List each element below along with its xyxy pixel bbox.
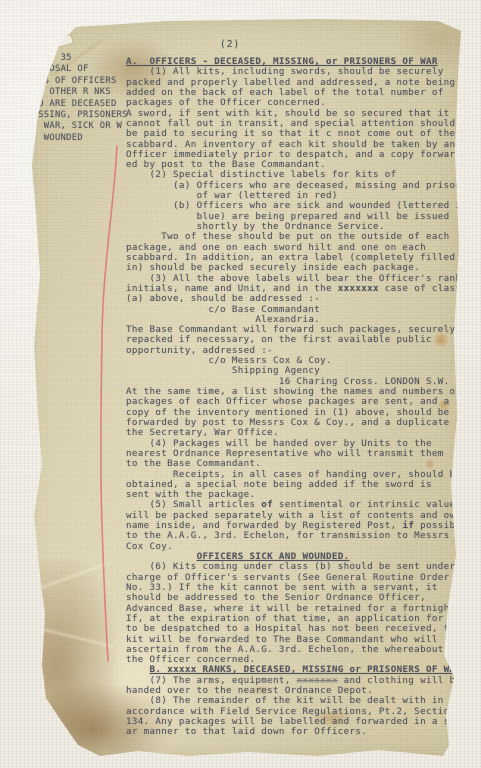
text-segment: OF WAR, SICK OR W [27,121,122,131]
text-line: MISSING, PRISONERS [27,110,128,121]
crease-line [34,561,112,591]
text-segment: to the A.A.G., 3rd. Echelon, for transmi… [126,530,449,541]
paper-sheet: (2) D.O. 35DISPOSAL OFKITS OF OFFICERSAN… [18,15,468,760]
text-segment: xxxxxxx [338,283,379,294]
document-body: A. OFFICERS - DECEASED, MISSING, or PRIS… [126,57,466,738]
text-line: OF WAR, SICK OR W [27,121,128,132]
text-segment: xxxxxxx [297,675,338,686]
text-segment: case of class [379,283,461,294]
text-line: to the A.A.G., 3rd. Echelon, for transmi… [126,531,466,541]
text-line: WOUNDED [27,133,128,144]
text-line: ar manner to that laid down for Officers… [126,727,466,737]
crease-line [43,628,113,647]
text-segment: ar manner to that laid down for Officers… [126,726,367,737]
text-segment: MISSING, PRISONERS [27,110,128,120]
text-line: WHO ARE DECEASED [27,99,128,110]
page-number: (2) [220,39,240,50]
